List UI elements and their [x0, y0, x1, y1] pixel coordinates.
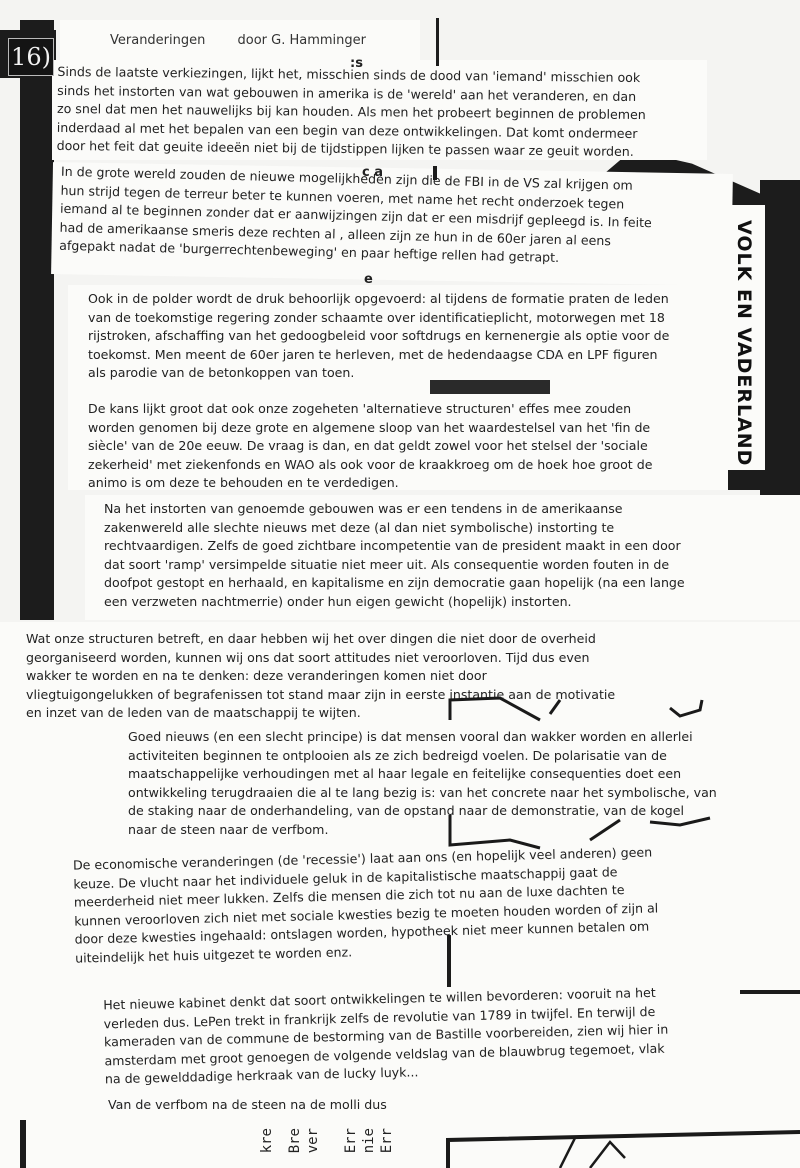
- text-line: een verzweten nachtmerrie) onder hun eig…: [104, 593, 685, 612]
- article-title: Veranderingen: [110, 33, 205, 48]
- text-line: Goed nieuws (en een slecht principe) is …: [128, 728, 717, 747]
- text-line: De kans lijkt groot dat ook onze zogehet…: [88, 400, 652, 419]
- text-line: Wat onze structuren betreft, en daar heb…: [26, 630, 615, 649]
- text-line: maatschappelijke verhoudingen met al haa…: [128, 765, 717, 784]
- text-line: rijstroken, afschaffing van het gedoogbe…: [88, 327, 669, 346]
- paragraph-3: Ook in de polder wordt de druk behoorlij…: [88, 290, 669, 383]
- scribble-marks-1: [440, 690, 740, 730]
- text-line: georganiseerd worden, kunnen wij ons dat…: [26, 649, 615, 668]
- text-line: siècle' van de 20e eeuw. De vraag is dan…: [88, 437, 652, 456]
- stray-letters-1: :s: [350, 56, 363, 71]
- side-label-volk-en-vaderland: VOLK EN VADERLAND: [733, 220, 755, 466]
- text-line: activiteiten beginnen te ontplooien als …: [128, 747, 717, 766]
- text-line: Na het instorten van genoemde gebouwen w…: [104, 500, 685, 519]
- stray-letters-2: c a: [362, 165, 383, 180]
- vertical-rule-top: [436, 18, 439, 66]
- right-edge-dark: [760, 180, 800, 500]
- text-line: toekomst. Men meent de 60er jaren te her…: [88, 346, 669, 365]
- paragraph-8: De economische veranderingen (de 'recess…: [73, 843, 659, 968]
- text-line: zekerheid' met ziekenfonds en WAO als oo…: [88, 456, 652, 475]
- page-number: 16): [8, 38, 54, 76]
- bottom-fragment-4: ver: [306, 1128, 320, 1153]
- article-header: Veranderingen door G. Hamminger: [110, 33, 366, 48]
- bottom-fragment-1: Err: [380, 1128, 394, 1153]
- text-line: wakker te worden en na te denken: deze v…: [26, 667, 615, 686]
- left-black-strip: [20, 20, 54, 620]
- left-tick-bottom: [20, 1120, 26, 1168]
- text-line: ontwikkeling terugdraaien die al te lang…: [128, 784, 717, 803]
- text-line: Van de verfbom na de steen na de molli d…: [108, 1096, 387, 1115]
- paragraph-5: Na het instorten van genoemde gebouwen w…: [104, 500, 685, 612]
- text-line: rechtvaardigen. Zelfs de goed zichtbare …: [104, 537, 685, 556]
- text-line: als parodie van de betonkoppen van toen.: [88, 364, 669, 383]
- paragraph-10: Van de verfbom na de steen na de molli d…: [108, 1096, 387, 1115]
- text-line: dat soort 'ramp' versimpelde situatie ni…: [104, 556, 685, 575]
- vertical-rule-lower: [447, 935, 451, 987]
- text-line: animo is om deze te behouden en te verde…: [88, 474, 652, 493]
- text-line: doofpot gestopt en herhaald, en kapitali…: [104, 574, 685, 593]
- paragraph-2: In de grote wereld zouden de nieuwe moge…: [59, 163, 653, 270]
- article-author: door G. Hamminger: [238, 33, 367, 48]
- paragraph-9: Het nieuwe kabinet denkt dat soort ontwi…: [103, 984, 669, 1090]
- stray-letters-3: e: [364, 272, 373, 287]
- illustration-frame: [440, 1128, 800, 1168]
- paragraph-4: De kans lijkt groot dat ook onze zogehet…: [88, 400, 652, 493]
- text-line: van de toekomstige regering zonder schaa…: [88, 309, 669, 328]
- bottom-fragment-6: kre: [260, 1128, 274, 1153]
- scribble-marks-2: [440, 810, 740, 850]
- right-rule-lower: [740, 990, 800, 994]
- paragraph-1: Sinds de laatste verkiezingen, lijkt het…: [57, 63, 647, 162]
- vertical-rule-mid: [433, 166, 437, 180]
- text-line: worden genomen bij deze grote en algemen…: [88, 419, 652, 438]
- text-line: Ook in de polder wordt de druk behoorlij…: [88, 290, 669, 309]
- bottom-fragment-3: Err: [344, 1128, 358, 1153]
- bottom-fragment-2: nie: [362, 1128, 376, 1153]
- text-line: zakenwereld alle slechte nieuws met deze…: [104, 519, 685, 538]
- horizontal-bar-1: [430, 380, 550, 394]
- bottom-fragment-5: Bre: [288, 1128, 302, 1153]
